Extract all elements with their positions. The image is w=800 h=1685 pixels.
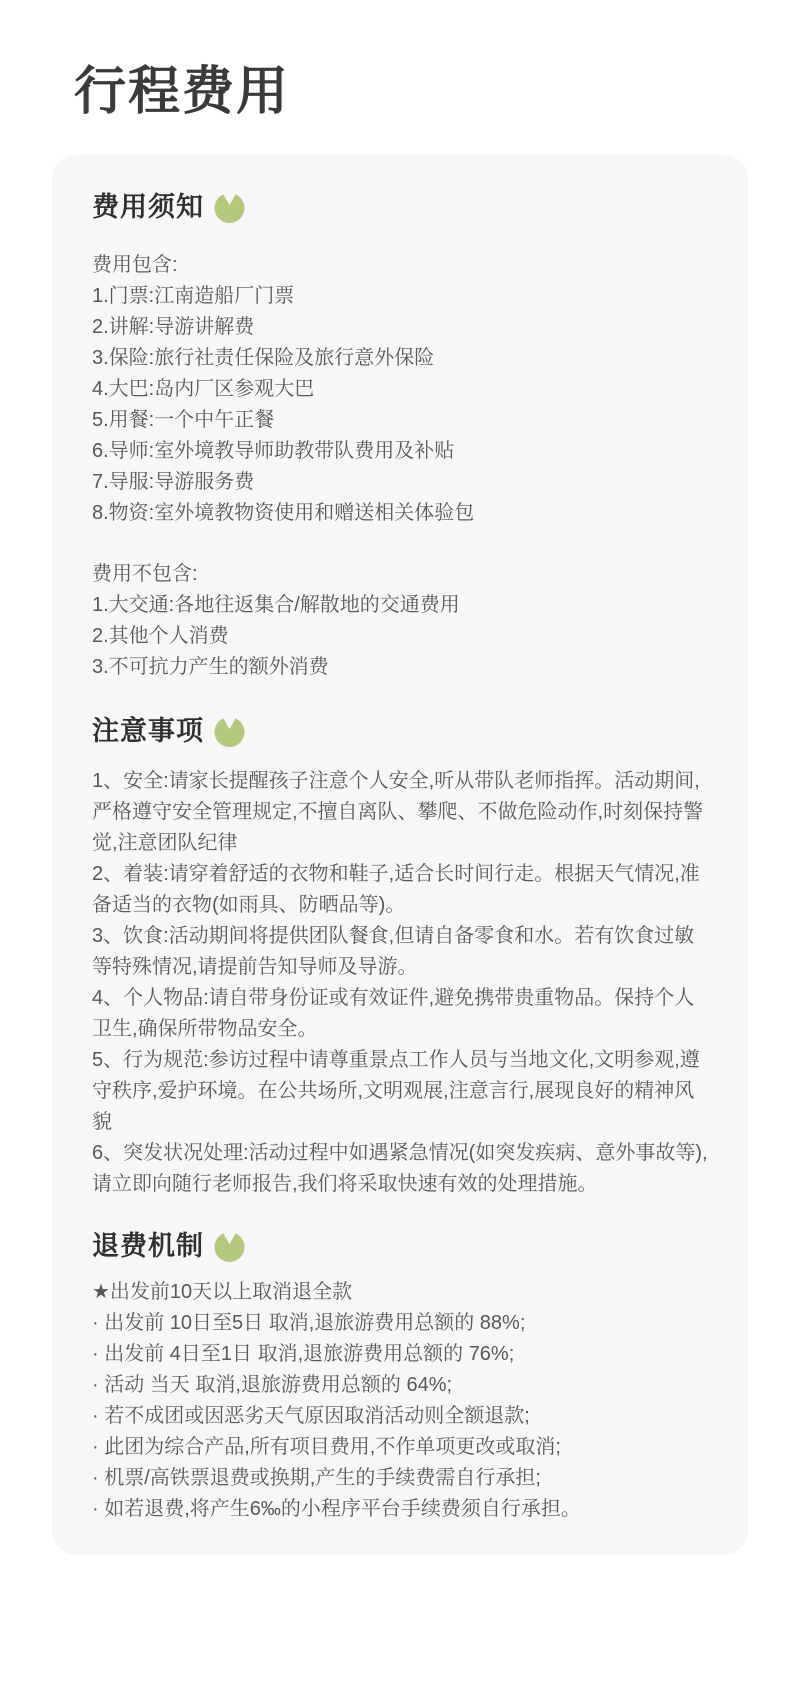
refund-heading-text: 退费机制 (92, 1229, 204, 1263)
refund-line: · 活动 当天 取消,退旅游费用总额的 64%; (92, 1370, 708, 1401)
precautions-heading: 注意事项 (92, 713, 708, 748)
fee-include-item: 8.物资:室外境教物资使用和赠送相关体验包 (92, 498, 708, 529)
refund-line: · 如若退费,将产生6‰的小程序平台手续费须自行承担。 (92, 1494, 708, 1525)
refund-heading: 退费机制 (92, 1228, 708, 1263)
bud-icon (214, 715, 245, 748)
section-fee-notice: 费用须知 费用包含: 1.门票:江南造船厂门票 2.讲解:导游讲解费 3.保险:… (92, 189, 708, 683)
fee-exclude-label: 费用不包含: (92, 559, 708, 590)
precaution-item: 1、安全:请家长提醒孩子注意个人安全,听从带队老师指挥。活动期间,严格遵守安全管… (92, 766, 708, 859)
fee-include-block: 费用包含: 1.门票:江南造船厂门票 2.讲解:导游讲解费 3.保险:旅行社责任… (92, 250, 708, 529)
fees-card: 费用须知 费用包含: 1.门票:江南造船厂门票 2.讲解:导游讲解费 3.保险:… (52, 155, 748, 1555)
fee-include-item: 2.讲解:导游讲解费 (92, 312, 708, 343)
refund-line: · 机票/高铁票退费或换期,产生的手续费需自行承担; (92, 1463, 708, 1494)
page-title: 行程费用 (74, 64, 800, 120)
fee-include-item: 4.大巴:岛内厂区参观大巴 (92, 374, 708, 405)
precaution-item: 2、着装:请穿着舒适的衣物和鞋子,适合长时间行走。根据天气情况,准备适当的衣物(… (92, 859, 708, 921)
fee-exclude-block: 费用不包含: 1.大交通:各地往返集合/解散地的交通费用 2.其他个人消费 3.… (92, 559, 708, 683)
fee-exclude-item: 2.其他个人消费 (92, 621, 708, 652)
fee-exclude-item: 1.大交通:各地往返集合/解散地的交通费用 (92, 590, 708, 621)
section-precautions: 注意事项 1、安全:请家长提醒孩子注意个人安全,听从带队老师指挥。活动期间,严格… (92, 713, 708, 1200)
page: { "page": { "title": "行程费用" }, "colors":… (0, 64, 800, 1685)
refund-line: · 若不成团或因恶劣天气原因取消活动则全额退款; (92, 1401, 708, 1432)
refund-line: · 出发前 10日至5日 取消,退旅游费用总额的 88%; (92, 1308, 708, 1339)
precautions-heading-text: 注意事项 (92, 714, 204, 748)
fee-notice-heading-text: 费用须知 (92, 190, 204, 224)
fee-include-item: 1.门票:江南造船厂门票 (92, 281, 708, 312)
fee-include-item: 6.导师:室外境教导师助教带队费用及补贴 (92, 436, 708, 467)
refund-list: ★出发前10天以上取消退全款 · 出发前 10日至5日 取消,退旅游费用总额的 … (92, 1277, 708, 1525)
bud-icon (214, 1230, 245, 1263)
fee-include-item: 7.导服:导游服务费 (92, 467, 708, 498)
precaution-item: 4、个人物品:请自带身份证或有效证件,避免携带贵重物品。保持个人卫生,确保所带物… (92, 983, 708, 1045)
section-refund: 退费机制 ★出发前10天以上取消退全款 · 出发前 10日至5日 取消,退旅游费… (92, 1228, 708, 1525)
fee-exclude-item: 3.不可抗力产生的额外消费 (92, 652, 708, 683)
precautions-list: 1、安全:请家长提醒孩子注意个人安全,听从带队老师指挥。活动期间,严格遵守安全管… (92, 766, 708, 1200)
precaution-item: 5、行为规范:参访过程中请尊重景点工作人员与当地文化,文明参观,遵守秩序,爱护环… (92, 1045, 708, 1138)
refund-line: · 此团为综合产品,所有项目费用,不作单项更改或取消; (92, 1432, 708, 1463)
refund-line: · 出发前 4日至1日 取消,退旅游费用总额的 76%; (92, 1339, 708, 1370)
bud-icon (214, 191, 245, 224)
fee-include-label: 费用包含: (92, 250, 708, 281)
fee-include-item: 3.保险:旅行社责任保险及旅行意外保险 (92, 343, 708, 374)
fee-notice-heading: 费用须知 (92, 189, 708, 224)
precaution-item: 6、突发状况处理:活动过程中如遇紧急情况(如突发疾病、意外事故等),请立即向随行… (92, 1138, 708, 1200)
fee-include-item: 5.用餐:一个中午正餐 (92, 405, 708, 436)
refund-line: ★出发前10天以上取消退全款 (92, 1277, 708, 1308)
precaution-item: 3、饮食:活动期间将提供团队餐食,但请自备零食和水。若有饮食过敏等特殊情况,请提… (92, 921, 708, 983)
